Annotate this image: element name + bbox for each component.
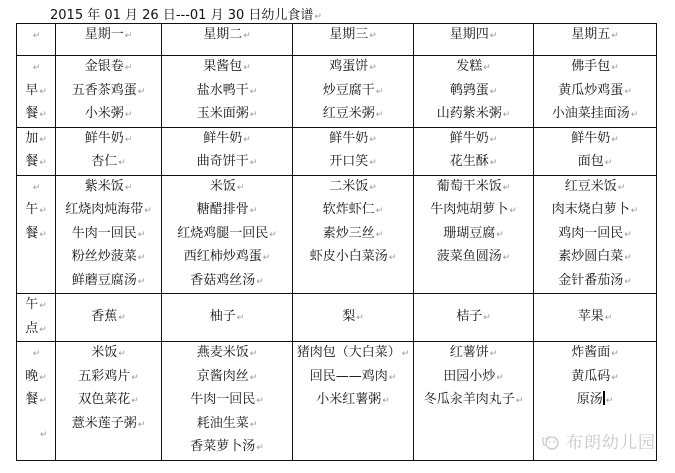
dish-item: 红豆米粥 <box>323 106 375 121</box>
meal-row: ↵午↵餐↵紫米饭↵红烧肉炖海带↵牛肉一回民↵粉丝炒菠菜↵鲜蘑豆腐汤↵米饭↵糖醋排… <box>17 175 657 294</box>
dish-item: 薏米莲子粥 <box>72 416 137 431</box>
paragraph-mark-icon: ↵ <box>490 31 498 41</box>
dish-item: 燕麦米饭 <box>197 345 249 360</box>
paragraph-mark-icon: ↵ <box>250 87 258 97</box>
menu-table: ↵星期一↵星期二↵星期三↵星期四↵星期五↵↵早↵餐↵金银卷↵五香茶鸡蛋↵小米粥↵… <box>16 23 657 461</box>
dish-item: 西红柿炒鸡蛋 <box>184 249 262 264</box>
paragraph-mark-icon: ↵ <box>39 135 47 145</box>
paragraph-mark-icon: ↵ <box>250 420 258 430</box>
dish-item: 粉丝炒菠菜 <box>72 249 137 264</box>
dish-item: 小米红薯粥 <box>316 392 381 407</box>
paragraph-mark-icon: ↵ <box>369 183 377 193</box>
paragraph-mark-icon: ↵ <box>256 277 264 287</box>
dish-item: 田园小炒 <box>443 369 495 384</box>
dish-item: 五彩鸡片 <box>78 369 130 384</box>
dish-cell: 猪肉包（大白菜）↵回民——鸡肉↵小米红薯粥↵ <box>293 342 414 461</box>
paragraph-mark-icon: ↵ <box>33 63 41 73</box>
dish-cell: 鲜牛奶↵面包↵ <box>534 127 657 175</box>
dish-item: 鲜蘑豆腐汤 <box>72 273 137 288</box>
paragraph-mark-icon: ↵ <box>39 110 47 120</box>
day-label: 星期四 <box>450 27 489 42</box>
dish-item: 米饭 <box>210 179 236 194</box>
paragraph-mark-icon: ↵ <box>483 63 491 73</box>
paragraph-mark-icon: ↵ <box>125 183 133 193</box>
meal-label: 餐 <box>25 226 38 241</box>
text-cursor <box>603 391 605 405</box>
dish-item: 鲜牛奶 <box>203 131 242 146</box>
paragraph-mark-icon: ↵ <box>118 349 126 359</box>
paragraph-mark-icon: ↵ <box>369 63 377 73</box>
meal-row: ↵早↵餐↵金银卷↵五香茶鸡蛋↵小米粥↵果酱包↵盐水鸭干↵玉米面粥↵鸡蛋饼↵炒豆腐… <box>17 56 657 128</box>
dish-item: 米饭 <box>91 345 117 360</box>
paragraph-mark-icon: ↵ <box>631 206 639 216</box>
dish-cell: 红豆米饭↵肉末烧白萝卜↵鸡肉一回民↵素炒圆白菜↵金针番茄汤↵ <box>534 175 657 294</box>
meal-label: 餐 <box>25 106 38 121</box>
dish-item: 虾皮小白菜汤 <box>310 249 388 264</box>
dish-cell: 香蕉↵ <box>56 294 162 342</box>
paragraph-mark-icon: ↵ <box>369 135 377 145</box>
watermark-text: 布朗幼儿园 <box>566 433 656 453</box>
dish-cell: 金银卷↵五香茶鸡蛋↵小米粥↵ <box>56 56 162 128</box>
paragraph-mark-icon: ↵ <box>611 63 619 73</box>
paragraph-mark-icon: ↵ <box>631 110 639 120</box>
paragraph-mark-icon: ↵ <box>39 301 47 311</box>
dish-item: 鲜牛奶 <box>571 131 610 146</box>
document-title: 2015 年 01 月 26 日---01 月 30 日幼儿食谱↵ <box>50 4 322 23</box>
paragraph-mark-icon: ↵ <box>496 230 504 240</box>
meal-label-cell: ↵早↵餐↵ <box>17 56 56 128</box>
meal-label: 晚 <box>25 369 38 384</box>
meal-label-cell: 加↵餐↵ <box>17 127 56 175</box>
paragraph-mark-icon: ↵ <box>611 349 619 359</box>
meal-row: 午↵点↵香蕉↵柚子↵梨↵桔子↵苹果↵ <box>17 294 657 342</box>
paragraph-mark-icon: ↵ <box>624 230 632 240</box>
dish-item: 软炸虾仁 <box>323 202 375 217</box>
paragraph-mark-icon: ↵ <box>250 349 258 359</box>
paragraph-mark-icon: ↵ <box>40 430 48 440</box>
dish-item: 葡萄干米饭 <box>437 179 502 194</box>
paragraph-mark-icon: ↵ <box>33 349 41 359</box>
meal-label: 餐 <box>25 392 38 407</box>
dish-item: 面包 <box>578 154 604 169</box>
paragraph-mark-icon: ↵ <box>389 253 397 263</box>
paragraph-mark-icon: ↵ <box>606 396 614 406</box>
corner-cell: ↵ <box>17 24 56 56</box>
dish-item: 黄瓜炒鸡蛋 <box>558 83 623 98</box>
watermark: 布朗幼儿园 <box>540 428 656 453</box>
dish-item: 猪肉包（大白菜） <box>297 345 401 360</box>
paragraph-mark-icon: ↵ <box>503 110 511 120</box>
dish-item: 开口笑 <box>329 154 368 169</box>
day-label: 星期一 <box>85 27 124 42</box>
paragraph-mark-icon: ↵ <box>269 230 277 240</box>
dish-item: 红豆米饭 <box>565 179 617 194</box>
dish-item: 肉末烧白萝卜 <box>552 202 630 217</box>
paragraph-mark-icon: ↵ <box>503 253 511 263</box>
paragraph-mark-icon: ↵ <box>237 313 245 323</box>
dish-item: 鸡肉一回民 <box>558 226 623 241</box>
dish-item: 素炒圆白菜 <box>558 249 623 264</box>
paragraph-mark-icon: ↵ <box>243 63 251 73</box>
paragraph-mark-icon: ↵ <box>516 396 524 406</box>
day-label: 星期二 <box>203 27 242 42</box>
paragraph-mark-icon: ↵ <box>237 183 245 193</box>
dish-cell: 葡萄干米饭↵牛肉炖胡萝卜↵珊瑚豆腐↵菠菜鱼圆汤↵ <box>414 175 534 294</box>
dish-item: 紫米饭 <box>85 179 124 194</box>
dish-item: 耗油生菜 <box>197 416 249 431</box>
meal-label: 餐 <box>25 154 38 169</box>
dish-cell: 果酱包↵盐水鸭干↵玉米面粥↵ <box>162 56 293 128</box>
paragraph-mark-icon: ↵ <box>131 396 139 406</box>
paragraph-mark-icon: ↵ <box>131 373 139 383</box>
paragraph-mark-icon: ↵ <box>243 135 251 145</box>
dish-item: 金银卷 <box>85 59 124 74</box>
paragraph-mark-icon: ↵ <box>369 158 377 168</box>
day-header-4: 星期四↵ <box>414 24 534 56</box>
paragraph-mark-icon: ↵ <box>490 135 498 145</box>
meal-label: 加 <box>25 131 38 146</box>
dish-item: 菠菜鱼圆汤 <box>437 249 502 264</box>
paragraph-mark-icon: ↵ <box>611 135 619 145</box>
dish-cell: 红薯饼↵田园小炒↵冬瓜汆羊肉丸子↵ <box>414 342 534 461</box>
paragraph-mark-icon: ↵ <box>402 349 410 359</box>
day-label: 星期五 <box>571 27 610 42</box>
dish-item: 香蕉 <box>91 309 117 324</box>
dish-item: 苹果 <box>578 309 604 324</box>
meal-row: 加↵餐↵鲜牛奶↵杏仁↵鲜牛奶↵曲奇饼干↵鲜牛奶↵开口笑↵鲜牛奶↵花生酥↵鲜牛奶↵… <box>17 127 657 175</box>
dish-cell: 燕麦米饭↵京酱肉丝↵牛肉一回民↵耗油生菜↵香菜萝卜汤↵ <box>162 342 293 461</box>
dish-cell: 鲜牛奶↵花生酥↵ <box>414 127 534 175</box>
dish-item: 红薯饼 <box>450 345 489 360</box>
dish-cell: 柚子↵ <box>162 294 293 342</box>
paragraph-mark-icon: ↵ <box>624 253 632 263</box>
paragraph-mark-icon: ↵ <box>250 158 258 168</box>
paragraph-mark-icon: ↵ <box>503 183 511 193</box>
paragraph-mark-icon: ↵ <box>125 110 133 120</box>
dish-item: 柚子 <box>210 309 236 324</box>
dish-cell: 紫米饭↵红烧肉炖海带↵牛肉一回民↵粉丝炒菠菜↵鲜蘑豆腐汤↵ <box>56 175 162 294</box>
paragraph-mark-icon: ↵ <box>39 396 47 406</box>
dish-cell: 米饭↵糖醋排骨↵红烧鸡腿一回民↵西红柿炒鸡蛋↵香菇鸡丝汤↵ <box>162 175 293 294</box>
paragraph-mark-icon: ↵ <box>611 31 619 41</box>
dish-item: 红烧鸡腿一回民 <box>177 226 268 241</box>
dish-item: 果酱包 <box>203 59 242 74</box>
day-header-2: 星期二↵ <box>162 24 293 56</box>
meal-label: 点 <box>25 321 38 336</box>
paragraph-mark-icon: ↵ <box>118 313 126 323</box>
day-label: 星期三 <box>329 27 368 42</box>
dish-item: 原汤 <box>577 392 603 407</box>
paragraph-mark-icon: ↵ <box>618 183 626 193</box>
paragraph-mark-icon: ↵ <box>263 253 271 263</box>
meal-label: 午 <box>25 297 38 312</box>
dish-item: 京酱肉丝 <box>197 369 249 384</box>
dish-item: 小米粥 <box>85 106 124 121</box>
dish-item: 佛手包 <box>571 59 610 74</box>
paragraph-mark-icon: ↵ <box>376 87 384 97</box>
paragraph-mark-icon: ↵ <box>39 158 47 168</box>
dish-item: 杏仁 <box>91 154 117 169</box>
dish-item: 盐水鸭干 <box>197 83 249 98</box>
paragraph-mark-icon: ↵ <box>356 313 364 323</box>
paragraph-mark-icon: ↵ <box>138 277 146 287</box>
meal-label-cell: ↵午↵餐↵ <box>17 175 56 294</box>
paragraph-mark-icon: ↵ <box>33 183 41 193</box>
day-header-1: 星期一↵ <box>56 24 162 56</box>
meal-label-cell: 午↵点↵ <box>17 294 56 342</box>
paragraph-mark-icon: ↵ <box>490 349 498 359</box>
dish-cell: 佛手包↵黄瓜炒鸡蛋↵小油菜挂面汤↵ <box>534 56 657 128</box>
paragraph-mark-icon: ↵ <box>256 443 264 453</box>
wechat-icon <box>540 434 562 450</box>
dish-cell: 鲜牛奶↵开口笑↵ <box>293 127 414 175</box>
dish-item: 小油菜挂面汤 <box>552 106 630 121</box>
dish-item: 牛肉炖胡萝卜 <box>430 202 508 217</box>
paragraph-mark-icon: ↵ <box>33 31 41 41</box>
paragraph-mark-icon: ↵ <box>118 158 126 168</box>
paragraph-mark-icon: ↵ <box>376 110 384 120</box>
paragraph-mark-icon: ↵ <box>624 87 632 97</box>
dish-cell: 桔子↵ <box>414 294 534 342</box>
day-header-5: 星期五↵ <box>534 24 657 56</box>
dish-cell: 二米饭↵软炸虾仁↵素炒三丝↵虾皮小白菜汤↵ <box>293 175 414 294</box>
dish-item: 五香茶鸡蛋 <box>72 83 137 98</box>
dish-item: 花生酥 <box>450 154 489 169</box>
dish-item: 鲜牛奶 <box>329 131 368 146</box>
paragraph-mark-icon: ↵ <box>314 12 322 22</box>
dish-item: 金针番茄汤 <box>558 273 623 288</box>
paragraph-mark-icon: ↵ <box>250 206 258 216</box>
dish-item: 双色菜花 <box>78 392 130 407</box>
paragraph-mark-icon: ↵ <box>39 373 47 383</box>
dish-item: 鲜牛奶 <box>85 131 124 146</box>
dish-cell: 鸡蛋饼↵炒豆腐干↵红豆米粥↵ <box>293 56 414 128</box>
dish-item: 二米饭 <box>329 179 368 194</box>
dish-item: 香菇鸡丝汤 <box>190 273 255 288</box>
header-row: ↵星期一↵星期二↵星期三↵星期四↵星期五↵ <box>17 24 657 56</box>
paragraph-mark-icon: ↵ <box>138 87 146 97</box>
dish-item: 山药紫米粥 <box>437 106 502 121</box>
paragraph-mark-icon: ↵ <box>250 373 258 383</box>
dish-item: 珊瑚豆腐 <box>443 226 495 241</box>
dish-item: 香菜萝卜汤 <box>190 439 255 454</box>
paragraph-mark-icon: ↵ <box>369 31 377 41</box>
dish-cell: 苹果↵ <box>534 294 657 342</box>
dish-item: 曲奇饼干 <box>197 154 249 169</box>
dish-item: 发糕 <box>456 59 482 74</box>
dish-item: 梨 <box>342 309 355 324</box>
dish-item: 糖醋排骨 <box>197 202 249 217</box>
dish-item: 鹌鹑蛋 <box>450 83 489 98</box>
dish-cell: 发糕↵鹌鹑蛋↵山药紫米粥↵ <box>414 56 534 128</box>
paragraph-mark-icon: ↵ <box>509 206 517 216</box>
paragraph-mark-icon: ↵ <box>490 87 498 97</box>
dish-cell: 米饭↵五彩鸡片↵双色菜花↵薏米莲子粥↵ <box>56 342 162 461</box>
dish-item: 鸡蛋饼 <box>329 59 368 74</box>
paragraph-mark-icon: ↵ <box>490 158 498 168</box>
dish-item: 炸酱面 <box>571 345 610 360</box>
day-header-3: 星期三↵ <box>293 24 414 56</box>
dish-item: 红烧肉炖海带 <box>65 202 143 217</box>
paragraph-mark-icon: ↵ <box>138 420 146 430</box>
paragraph-mark-icon: ↵ <box>125 63 133 73</box>
paragraph-mark-icon: ↵ <box>611 373 619 383</box>
paragraph-mark-icon: ↵ <box>605 158 613 168</box>
paragraph-mark-icon: ↵ <box>144 206 152 216</box>
dish-item: 牛肉一回民 <box>190 392 255 407</box>
paragraph-mark-icon: ↵ <box>376 230 384 240</box>
meal-label: 早 <box>25 83 38 98</box>
dish-item: 桔子 <box>456 309 482 324</box>
paragraph-mark-icon: ↵ <box>605 313 613 323</box>
meal-label: 午 <box>25 202 38 217</box>
paragraph-mark-icon: ↵ <box>125 135 133 145</box>
paragraph-mark-icon: ↵ <box>138 253 146 263</box>
paragraph-mark-icon: ↵ <box>243 31 251 41</box>
dish-item: 黄瓜码 <box>571 369 610 384</box>
dish-item: 素炒三丝 <box>323 226 375 241</box>
dish-item: 炒豆腐干 <box>323 83 375 98</box>
paragraph-mark-icon: ↵ <box>125 31 133 41</box>
paragraph-mark-icon: ↵ <box>382 396 390 406</box>
paragraph-mark-icon: ↵ <box>483 313 491 323</box>
paragraph-mark-icon: ↵ <box>250 110 258 120</box>
paragraph-mark-icon: ↵ <box>256 396 264 406</box>
dish-item: 冬瓜汆羊肉丸子 <box>424 392 515 407</box>
dish-item: 回民——鸡肉 <box>310 369 388 384</box>
dish-item: 牛肉一回民 <box>72 226 137 241</box>
paragraph-mark-icon: ↵ <box>376 206 384 216</box>
paragraph-mark-icon: ↵ <box>389 373 397 383</box>
paragraph-mark-icon: ↵ <box>39 230 47 240</box>
paragraph-mark-icon: ↵ <box>496 373 504 383</box>
paragraph-mark-icon: ↵ <box>39 325 47 335</box>
paragraph-mark-icon: ↵ <box>39 206 47 216</box>
dish-cell: 梨↵ <box>293 294 414 342</box>
dish-item: 鲜牛奶 <box>450 131 489 146</box>
dish-cell: 鲜牛奶↵曲奇饼干↵ <box>162 127 293 175</box>
paragraph-mark-icon: ↵ <box>39 87 47 97</box>
dish-item: 玉米面粥 <box>197 106 249 121</box>
meal-label-cell: ↵晚↵餐↵ <box>17 342 56 461</box>
dish-cell: 鲜牛奶↵杏仁↵ <box>56 127 162 175</box>
title-text: 2015 年 01 月 26 日---01 月 30 日幼儿食谱 <box>50 8 313 23</box>
paragraph-mark-icon: ↵ <box>138 230 146 240</box>
paragraph-mark-icon: ↵ <box>624 277 632 287</box>
